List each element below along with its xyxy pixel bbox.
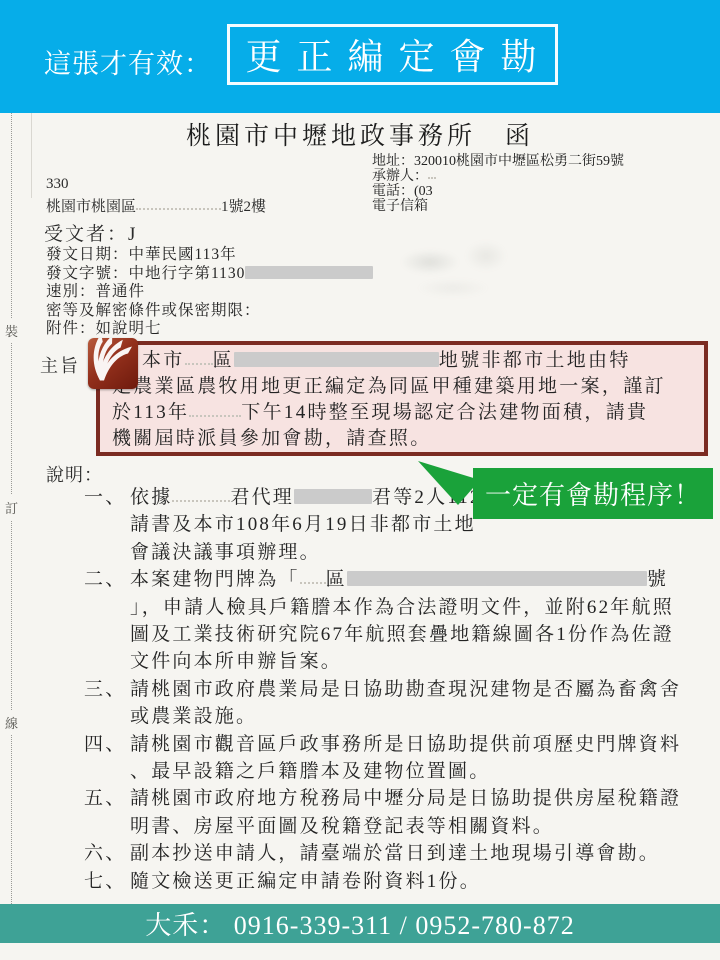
redaction-gray	[347, 571, 647, 586]
redaction-faint	[428, 169, 436, 179]
text-run: 區	[326, 569, 347, 590]
text-run: 下午14時整至現場認定合法建物面積，請貴	[241, 402, 648, 423]
text-line: 附件：如說明七	[46, 320, 373, 339]
sender-info-block: 地址：320010桃園市中壢區松勇二街59號承辦人：電話：(03電子信箱	[372, 154, 624, 214]
text-run: 明書、房屋平面圖及稅籍登記表等相關資料。	[130, 816, 554, 837]
text-line: 文件向本所申辦旨案。	[130, 648, 720, 675]
explanation-item: 三、請桃園市政府農業局是日協助勘查現況建物是否屬為畜禽舍或農業設施。	[84, 676, 720, 731]
text-run: 號	[647, 569, 668, 590]
recipient-address: 桃園市桃園區1號2樓	[46, 195, 266, 216]
text-run: 副本抄送申請人，請臺端於當日到達土地現場引導會勘。	[130, 843, 660, 864]
text-line: 圖及工業技術研究院67年航照套疊地籍線圖各1份作為佐證	[130, 621, 720, 648]
text-run: 或農業設施。	[130, 706, 257, 727]
text-line: 定農業區農牧用地更正編定為同區甲種建築用地一案，謹訂	[112, 374, 704, 400]
text-line: 發文日期：中華民國113年	[46, 246, 373, 265]
text-run: 地址：320010桃園市中壢區松勇二街59號	[372, 154, 624, 169]
text-line: 隨文檢送更正編定申請卷附資料1份。	[130, 868, 720, 895]
text-line: 電子信箱	[372, 199, 624, 214]
text-line: 會議決議事項辦理。	[130, 539, 720, 566]
text-line: 或農業設施。	[130, 703, 720, 730]
text-run: 本市	[142, 350, 185, 371]
item-body: 隨文檢送更正編定申請卷附資料1份。	[130, 868, 720, 895]
explanation-item: 七、隨文檢送更正編定申請卷附資料1份。	[84, 868, 720, 895]
item-number: 四、	[84, 731, 130, 786]
text-line: 本案建物門牌為「區號	[130, 566, 720, 593]
text-run: 本案建物門牌為「	[130, 569, 300, 590]
explanation-item: 五、請桃園市政府地方稅務局中壢分局是日協助提供房屋稅籍證明書、房屋平面圖及稅籍登…	[84, 785, 720, 840]
text-line: 桃園市桃園區1號2樓	[46, 195, 266, 216]
text-run: 承辦人：	[372, 169, 428, 184]
text-run: 於113年	[112, 402, 189, 423]
item-number: 五、	[84, 785, 130, 840]
text-run: 、最早設籍之戶籍謄本及建物位置圖。	[130, 761, 490, 782]
text-run: 請桃園市政府地方稅務局中壢分局是日協助提供房屋稅籍證	[130, 788, 681, 809]
margin-char-zhuang: 裝	[5, 318, 18, 343]
explanation-item: 二、本案建物門牌為「區號」，申請人檢具戶籍謄本作為合法證明文件，並附62年航照圖…	[84, 566, 720, 676]
text-line: 明書、房屋平面圖及稅籍登記表等相關資料。	[130, 813, 720, 840]
explanation-item: 四、請桃園市觀音區戶政事務所是日協助提供前項歷史門牌資料、最早設籍之戶籍謄本及建…	[84, 731, 720, 786]
redaction-faint	[172, 492, 230, 502]
redaction-gray	[245, 266, 373, 279]
text-line: 於113年下午14時整至現場認定合法建物面積，請貴	[112, 400, 704, 426]
text-run: 地號非都市土地由特	[439, 350, 631, 371]
redaction-faint	[300, 574, 326, 584]
redaction-faint	[136, 200, 221, 210]
item-number: 二、	[84, 566, 130, 676]
text-run: 電子信箱	[372, 199, 428, 214]
text-run: 發文字號：中地行字第1130	[46, 265, 245, 282]
margin-char-ding: 訂	[5, 495, 18, 520]
bottom-banner: 大禾： 0916-339-311 / 0952-780-872	[0, 904, 720, 943]
text-run: 電話：(03	[372, 184, 433, 199]
text-run: 會議決議事項辦理。	[130, 542, 321, 563]
text-run: 速別：普通件	[46, 283, 145, 300]
text-line: 地址：320010桃園市中壢區松勇二街59號	[372, 154, 624, 169]
text-run: 桃園市桃園區	[46, 199, 136, 215]
margin-char-xian: 線	[5, 710, 18, 735]
text-run: 請桃園市觀音區戶政事務所是日協助提供前項歷史門牌資料	[130, 734, 681, 755]
text-line: 承辦人：	[372, 169, 624, 184]
postal-code: 330	[46, 176, 69, 193]
watermark-fan-logo-icon	[88, 338, 138, 389]
banner-caption: 這張才有效：	[44, 42, 212, 81]
item-number: 七、	[84, 868, 130, 895]
callout-text: 一定有會勘程序！	[485, 475, 701, 512]
item-number: 一、	[84, 484, 130, 566]
text-run: 密等及解密條件或保密期限：	[46, 302, 261, 319]
banner-title: 更 正 編 定 會 勘	[245, 29, 539, 80]
binding-margin-line: 裝 訂 線	[11, 113, 12, 904]
page: 這張才有效： 更 正 編 定 會 勘 裝 訂 線 桃園市中壢地政事務所 函 地址…	[0, 0, 720, 960]
text-line: 機關屆時派員參加會勘，請查照。	[112, 426, 704, 452]
text-line: 副本抄送申請人，請臺端於當日到達土地現場引導會勘。	[130, 840, 720, 867]
text-run: 附件：如說明七	[46, 320, 162, 337]
text-line: 速別：普通件	[46, 283, 373, 302]
text-run: 君代理	[230, 487, 294, 508]
item-number: 六、	[84, 840, 130, 867]
item-number: 三、	[84, 676, 130, 731]
text-run: 受文者：J	[44, 224, 137, 245]
text-line: 請桃園市政府地方稅務局中壢分局是日協助提供房屋稅籍證	[130, 785, 720, 812]
text-line: 、最早設籍之戶籍謄本及建物位置圖。	[130, 758, 720, 785]
redaction-faint	[185, 355, 213, 365]
document-title: 桃園市中壢地政事務所 函	[0, 116, 720, 152]
text-run: 」，申請人檢具戶籍謄本作為合法證明文件，並附62年航照	[130, 597, 674, 618]
text-line: 發文字號：中地行字第1130	[46, 265, 373, 284]
text-line: 密等及解密條件或保密期限：	[46, 302, 373, 321]
redaction-faint	[189, 407, 241, 417]
text-run: 機關屆時派員參加會勘，請查照。	[112, 428, 432, 449]
text-line: 」，申請人檢具戶籍謄本作為合法證明文件，並附62年航照	[130, 594, 720, 621]
text-line: 受文者：J	[44, 219, 137, 246]
faint-handwriting	[388, 230, 578, 308]
text-run: 圖及工業技術研究院67年航照套疊地籍線圖各1份作為佐證	[130, 624, 674, 645]
explanation-list: 一、依據君代理君等2人112請書及本市108年6月19日非都市土地會議決議事項辦…	[84, 484, 720, 895]
fan-logo-glyph	[88, 338, 138, 389]
item-body: 請桃園市政府農業局是日協助勘查現況建物是否屬為畜禽舍或農業設施。	[130, 676, 720, 731]
item-body: 副本抄送申請人，請臺端於當日到達土地現場引導會勘。	[130, 840, 720, 867]
text-line: 電話：(03	[372, 184, 624, 199]
text-run: 1號2樓	[221, 199, 266, 215]
text-line: 本市區地號非都市土地由特	[142, 348, 704, 374]
item-body: 本案建物門牌為「區號」，申請人檢具戶籍謄本作為合法證明文件，並附62年航照圖及工…	[130, 566, 720, 676]
callout-annotation: 一定有會勘程序！	[473, 468, 713, 519]
subject-highlight-box: 本市區地號非都市土地由特定農業區農牧用地更正編定為同區甲種建築用地一案，謹訂於1…	[96, 341, 708, 456]
text-line: 請桃園市政府農業局是日協助勘查現況建物是否屬為畜禽舍	[130, 676, 720, 703]
text-run: 文件向本所申辦旨案。	[130, 651, 342, 672]
text-run: 定農業區農牧用地更正編定為同區甲種建築用地一案，謹訂	[112, 376, 666, 397]
text-line: 請桃園市觀音區戶政事務所是日協助提供前項歷史門牌資料	[130, 731, 720, 758]
text-run: 依據	[130, 487, 172, 508]
text-run: 區	[213, 350, 234, 371]
text-run: 發文日期：中華民國113年	[46, 246, 237, 263]
redaction-gray	[294, 489, 372, 504]
item-body: 請桃園市觀音區戶政事務所是日協助提供前項歷史門牌資料、最早設籍之戶籍謄本及建物位…	[130, 731, 720, 786]
item-body: 請桃園市政府地方稅務局中壢分局是日協助提供房屋稅籍證明書、房屋平面圖及稅籍登記表…	[130, 785, 720, 840]
text-run: 請桃園市政府農業局是日協助勘查現況建物是否屬為畜禽舍	[130, 679, 681, 700]
contact-phone: 大禾： 0916-339-311 / 0952-780-872	[145, 905, 574, 942]
doc-meta-block: 發文日期：中華民國113年發文字號：中地行字第1130速別：普通件密等及解密條件…	[46, 246, 373, 339]
banner-title-box: 更 正 編 定 會 勘	[227, 24, 558, 85]
text-run: 隨文檢送更正編定申請卷附資料1份。	[130, 871, 481, 892]
explanation-item: 六、副本抄送申請人，請臺端於當日到達土地現場引導會勘。	[84, 840, 720, 867]
recipient-line: 受文者：J	[44, 219, 137, 246]
top-banner: 這張才有效： 更 正 編 定 會 勘	[0, 0, 720, 113]
redaction-gray	[234, 352, 439, 367]
subject-label: 主旨	[40, 352, 80, 378]
